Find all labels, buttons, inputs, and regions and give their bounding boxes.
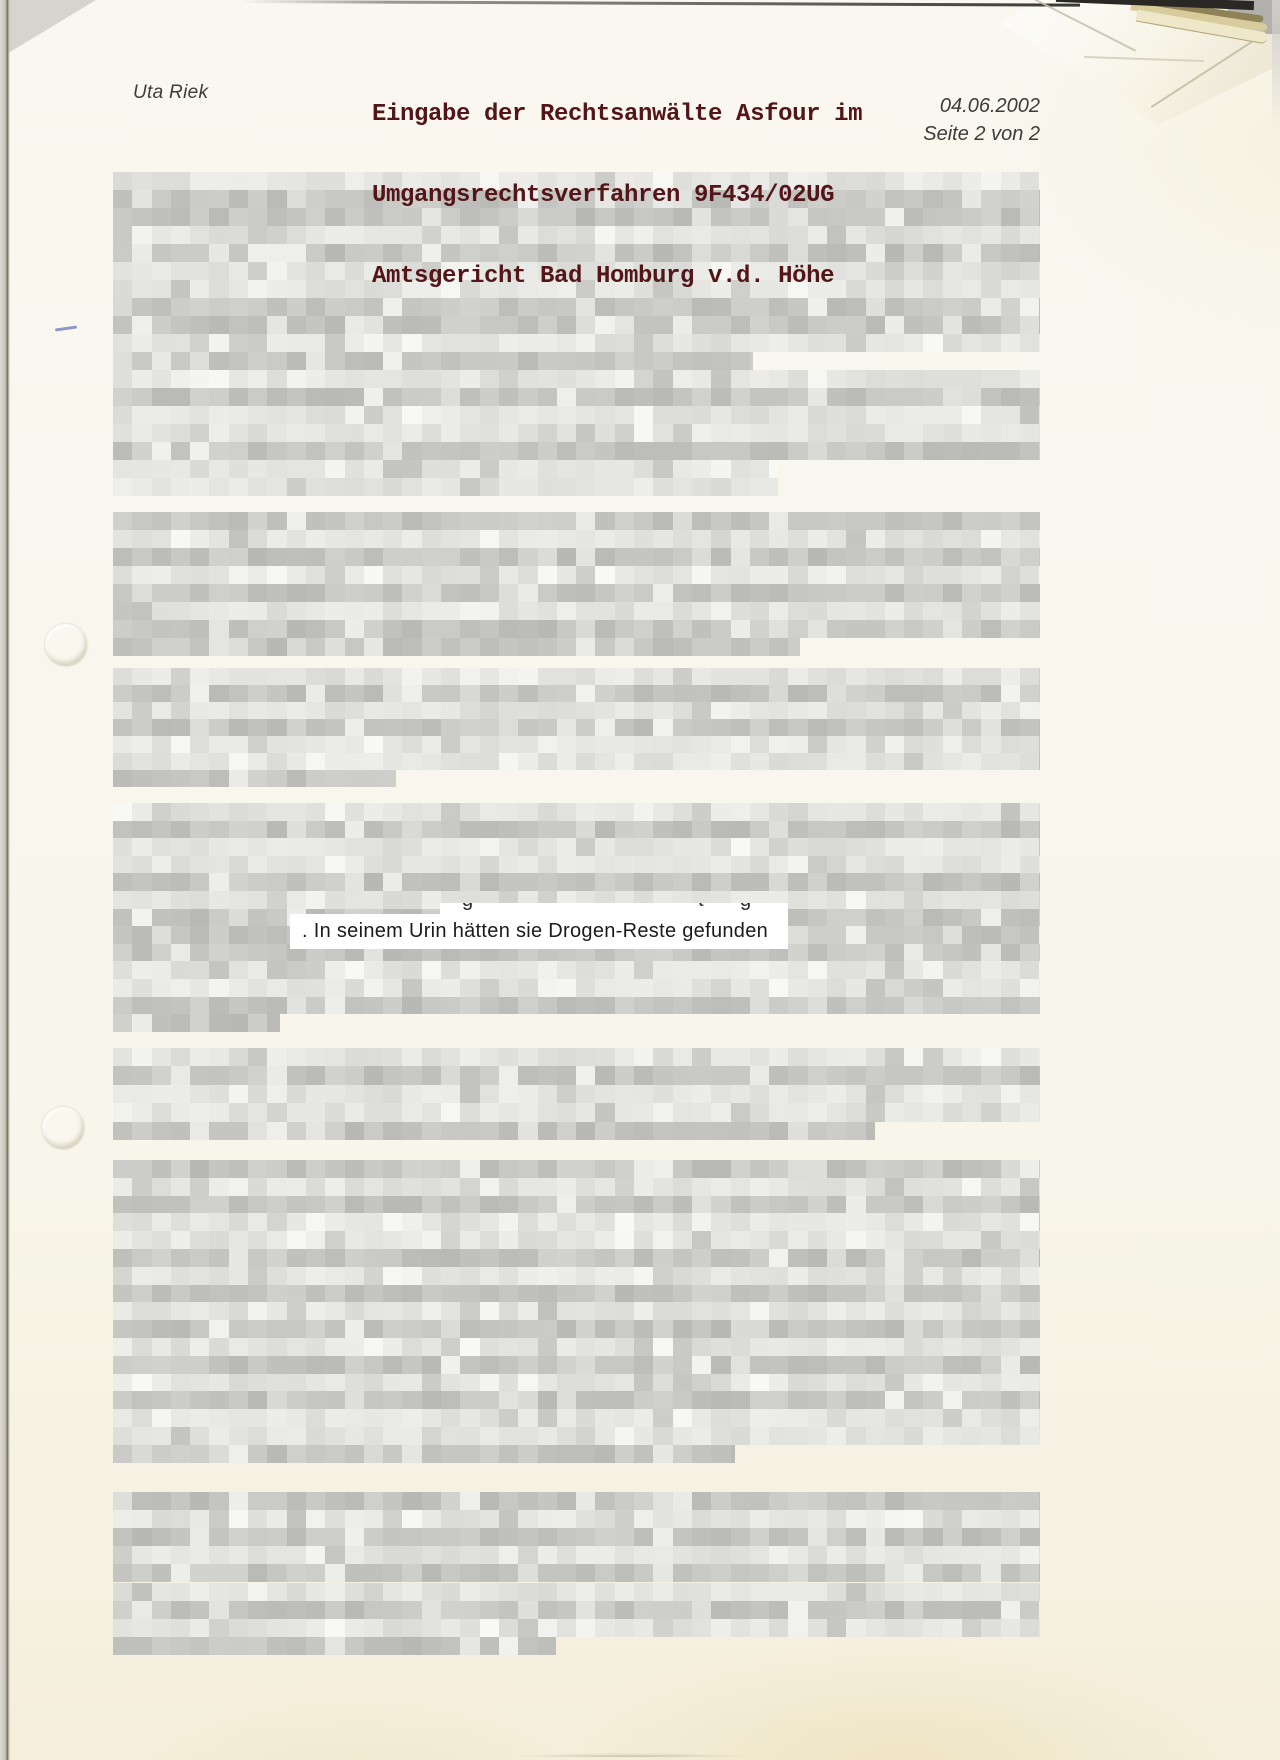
scan-bottom-smudge — [505, 1752, 755, 1757]
redacted-line — [113, 979, 1040, 997]
redacted-line — [113, 1427, 1040, 1445]
redacted-line — [113, 1213, 1040, 1231]
redacted-line — [113, 1601, 1040, 1619]
redacted-line — [113, 997, 1040, 1015]
scanned-document-page: Uta Riek Eingabe der Rechtsanwälte Asfou… — [0, 0, 1280, 1760]
hole-punch — [42, 1107, 84, 1149]
redacted-line — [113, 352, 753, 370]
date-and-page-block: 04.06.2002 Seite 2 von 2 — [770, 92, 1040, 148]
redacted-line — [113, 1374, 1040, 1392]
redacted-line — [113, 1103, 1040, 1121]
redacted-line — [113, 548, 1040, 566]
redacted-line — [113, 602, 1040, 620]
header-line-2: Umgangsrechtsverfahren 9F434/02UG — [372, 182, 862, 209]
redacted-line — [113, 1338, 1040, 1356]
redacted-line — [113, 1409, 1040, 1427]
redacted-line — [113, 1196, 1040, 1214]
redacted-line — [113, 1320, 1040, 1338]
redacted-line — [113, 1492, 1040, 1510]
header-line-3: Amtsgericht Bad Homburg v.d. Höhe — [372, 263, 862, 290]
redacted-line — [113, 961, 1040, 979]
redacted-line — [113, 1249, 1040, 1267]
redacted-line — [113, 1528, 1040, 1546]
page-number: Seite 2 von 2 — [770, 120, 1040, 148]
redacted-line — [113, 388, 1040, 406]
redacted-line — [113, 838, 1040, 856]
partial-glyph: t — [698, 903, 704, 912]
redacted-line — [113, 685, 1040, 702]
redacted-line — [113, 1391, 1040, 1409]
scan-edge-top — [240, 0, 1080, 7]
redacted-line — [113, 1160, 1040, 1178]
redacted-line — [113, 512, 1040, 530]
redacted-line — [113, 566, 1040, 584]
redacted-line — [113, 1231, 1040, 1249]
redacted-line — [113, 478, 778, 496]
redacted-line — [113, 668, 1040, 685]
redacted-line — [113, 442, 1040, 460]
redacted-line — [113, 460, 778, 478]
redacted-line — [113, 1583, 1040, 1601]
partial-glyph: g — [740, 903, 751, 912]
redacted-line — [113, 1048, 1040, 1066]
redacted-line — [113, 821, 1040, 839]
redacted-line — [113, 406, 1040, 424]
redacted-line — [113, 1085, 1040, 1103]
redacted-line — [113, 638, 800, 656]
redacted-line — [113, 1356, 1040, 1374]
redacted-line — [113, 1267, 1040, 1285]
pen-mark — [55, 325, 77, 331]
redacted-line — [113, 736, 1040, 753]
redacted-line — [113, 1066, 1040, 1084]
redacted-line — [113, 1564, 1040, 1582]
partial-glyph: g — [462, 903, 473, 912]
redacted-line — [113, 702, 1040, 719]
redacted-line — [113, 719, 1040, 736]
redacted-line — [113, 1619, 1040, 1637]
redacted-line — [113, 770, 396, 787]
redacted-line — [113, 530, 1040, 548]
redacted-line — [113, 1445, 735, 1463]
redacted-line — [113, 1178, 1040, 1196]
scan-corner-top-left — [0, 0, 96, 58]
redacted-line — [113, 424, 1040, 442]
revealed-text-line: . In seinem Urin hätten sie Drogen-Reste… — [290, 914, 788, 949]
redacted-line — [113, 1014, 280, 1032]
document-date: 04.06.2002 — [770, 92, 1040, 120]
redacted-line — [113, 753, 1040, 770]
redacted-line — [113, 1122, 875, 1140]
redacted-line — [113, 856, 1040, 874]
redacted-line — [113, 1637, 556, 1655]
redacted-line — [113, 370, 1040, 388]
redacted-line — [113, 584, 1040, 602]
redacted-line — [113, 803, 1040, 821]
scan-edge-right — [1272, 0, 1280, 130]
scan-edge-left — [0, 0, 10, 1760]
redacted-line — [113, 1546, 1040, 1564]
redacted-line — [113, 873, 1040, 891]
hole-punch — [45, 624, 87, 666]
redacted-line — [113, 620, 1040, 638]
redacted-line — [113, 1302, 1040, 1320]
redacted-line — [113, 1510, 1040, 1528]
redacted-line — [113, 1285, 1040, 1303]
author-name: Uta Riek — [133, 82, 208, 104]
